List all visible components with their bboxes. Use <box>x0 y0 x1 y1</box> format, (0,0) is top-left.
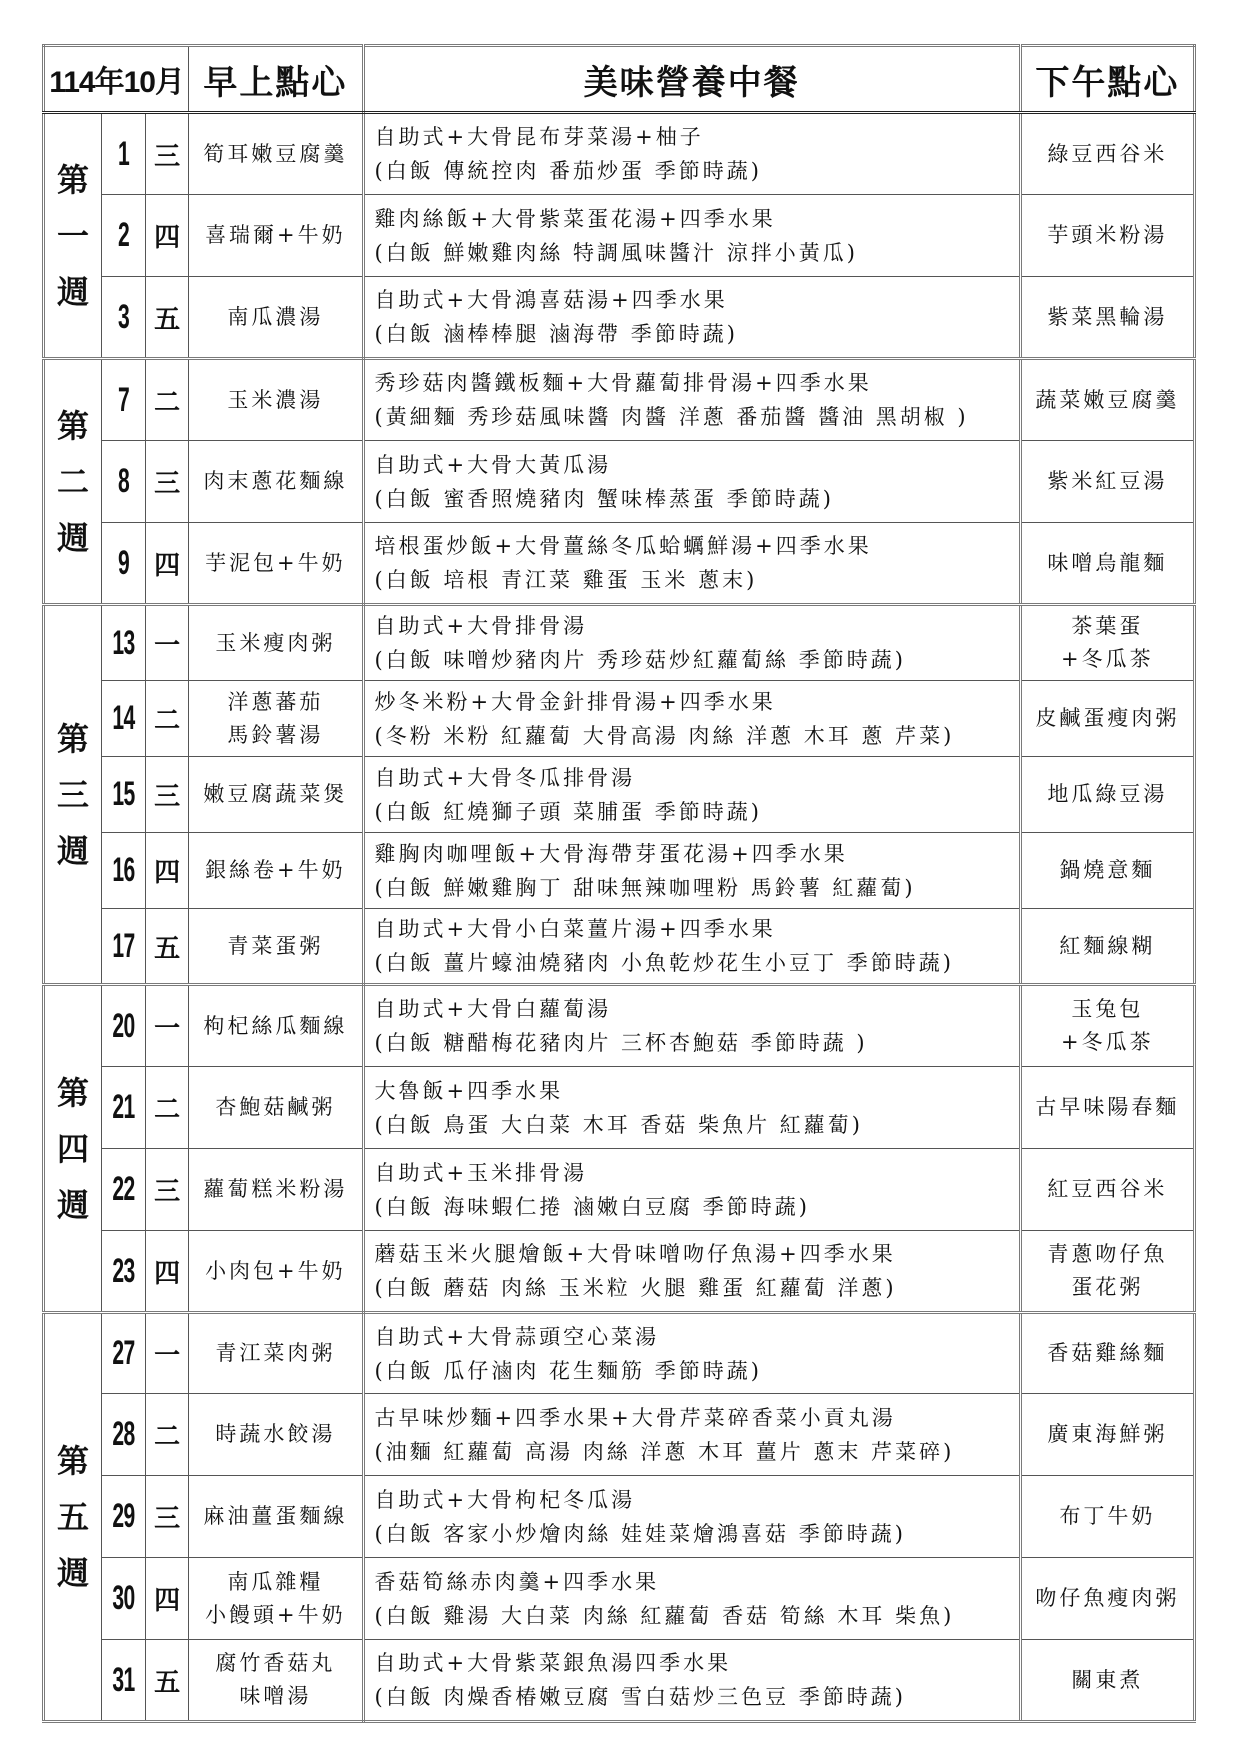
date-number: 30 <box>110 1579 137 1618</box>
morning-snack-cell-line: 杏鮑菇鹹粥 <box>189 1091 361 1124</box>
menu-row: 第一週1三筍耳嫩豆腐羹自助式+大骨昆布芽菜湯+柚子(白飯 傳統控肉 番茄炒蛋 季… <box>44 113 1195 195</box>
lunch-cell: 秀珍菇肉醬鐵板麵+大骨蘿蔔排骨湯+四季水果(黃細麵 秀珍菇風味醬 肉醬 洋蔥 番… <box>363 359 1020 441</box>
morning-snack-cell-line: 青江菜肉粥 <box>189 1337 361 1370</box>
afternoon-snack-cell: 皮鹹蛋瘦肉粥 <box>1020 681 1194 757</box>
morning-snack-cell: 玉米濃湯 <box>189 359 363 441</box>
lunch-cell-line: (冬粉 米粉 紅蘿蔔 大骨高湯 肉絲 洋蔥 木耳 蔥 芹菜) <box>375 719 1019 753</box>
date-cell: 7 <box>102 359 146 441</box>
week-label-char: 週 <box>45 264 101 320</box>
afternoon-snack-cell-line: 綠豆西谷米 <box>1022 138 1193 171</box>
menu-row: 17五青菜蛋粥自助式+大骨小白菜薑片湯+四季水果(白飯 薑片蠔油燒豬肉 小魚乾炒… <box>44 909 1195 985</box>
weekday-cell: 四 <box>146 523 189 605</box>
morning-snack-cell-line: 麻油薑蛋麵線 <box>189 1500 361 1533</box>
afternoon-snack-cell-line: 紅麵線糊 <box>1022 930 1193 963</box>
date-number: 31 <box>110 1661 137 1700</box>
morning-snack-cell: 南瓜濃湯 <box>189 277 363 359</box>
week-label-char: 週 <box>45 823 101 879</box>
morning-snack-cell-line: 小肉包+牛奶 <box>189 1255 361 1288</box>
morning-snack-cell-line: 芋泥包+牛奶 <box>189 547 361 580</box>
menu-row: 第三週13一玉米瘦肉粥自助式+大骨排骨湯(白飯 味噌炒豬肉片 秀珍菇炒紅蘿蔔絲 … <box>44 605 1195 681</box>
lunch-cell-line: (白飯 傳統控肉 番茄炒蛋 季節時蔬) <box>375 154 1019 188</box>
afternoon-snack-header: 下午點心 <box>1020 46 1194 113</box>
lunch-header: 美味營養中餐 <box>363 46 1020 113</box>
menu-body: 第一週1三筍耳嫩豆腐羹自助式+大骨昆布芽菜湯+柚子(白飯 傳統控肉 番茄炒蛋 季… <box>44 113 1195 1722</box>
afternoon-snack-cell: 地瓜綠豆湯 <box>1020 757 1194 833</box>
lunch-cell-line: (白飯 蘑菇 肉絲 玉米粒 火腿 雞蛋 紅蘿蔔 洋蔥) <box>375 1271 1019 1305</box>
date-cell: 1 <box>102 113 146 195</box>
lunch-cell-line: (白飯 薑片蠔油燒豬肉 小魚乾炒花生小豆丁 季節時蔬) <box>375 946 1019 980</box>
afternoon-snack-cell: 味噌烏龍麵 <box>1020 523 1194 605</box>
afternoon-snack-cell-line: 蔬菜嫩豆腐羹 <box>1022 384 1193 417</box>
morning-snack-cell-line: 肉末蔥花麵線 <box>189 465 361 498</box>
lunch-cell: 自助式+大骨紫菜銀魚湯四季水果(白飯 肉燥香椿嫩豆腐 雪白菇炒三色豆 季節時蔬) <box>363 1640 1020 1722</box>
weekday-cell: 一 <box>146 985 189 1067</box>
weekday-cell: 三 <box>146 113 189 195</box>
date-cell: 28 <box>102 1394 146 1476</box>
afternoon-snack-cell: 紅麵線糊 <box>1020 909 1194 985</box>
lunch-cell-line: 自助式+大骨昆布芽菜湯+柚子 <box>375 120 1019 154</box>
afternoon-snack-cell: 蔬菜嫩豆腐羹 <box>1020 359 1194 441</box>
weekday-cell: 三 <box>146 441 189 523</box>
menu-row: 8三肉末蔥花麵線自助式+大骨大黃瓜湯(白飯 蜜香照燒豬肉 蟹味棒蒸蛋 季節時蔬)… <box>44 441 1195 523</box>
lunch-cell-line: (白飯 瓜仔滷肉 花生麵筋 季節時蔬) <box>375 1354 1019 1388</box>
menu-row: 22三蘿蔔糕米粉湯自助式+玉米排骨湯(白飯 海味蝦仁捲 滷嫩白豆腐 季節時蔬)紅… <box>44 1149 1195 1231</box>
weekday-cell: 二 <box>146 359 189 441</box>
date-cell: 23 <box>102 1231 146 1313</box>
morning-snack-cell-line: 時蔬水餃湯 <box>189 1418 361 1451</box>
morning-snack-cell-line: 洋蔥蕃茄 <box>189 686 361 719</box>
lunch-cell: 蘑菇玉米火腿燴飯+大骨味噌吻仔魚湯+四季水果(白飯 蘑菇 肉絲 玉米粒 火腿 雞… <box>363 1231 1020 1313</box>
morning-snack-header: 早上點心 <box>189 46 363 113</box>
lunch-cell-line: (白飯 客家小炒燴肉絲 娃娃菜燴鴻喜菇 季節時蔬) <box>375 1517 1019 1551</box>
date-number: 14 <box>110 699 137 738</box>
lunch-cell-line: (白飯 雞湯 大白菜 肉絲 紅蘿蔔 香菇 筍絲 木耳 柴魚) <box>375 1599 1019 1633</box>
morning-snack-cell-line: 小饅頭+牛奶 <box>189 1599 361 1632</box>
lunch-cell-line: 自助式+大骨蒜頭空心菜湯 <box>375 1320 1019 1354</box>
morning-snack-cell-line: 嫩豆腐蔬菜煲 <box>189 778 361 811</box>
morning-snack-cell-line: 玉米瘦肉粥 <box>189 627 361 660</box>
date-number: 17 <box>110 927 137 966</box>
weekday-cell: 五 <box>146 1640 189 1722</box>
lunch-cell-line: (黃細麵 秀珍菇風味醬 肉醬 洋蔥 番茄醬 醬油 黑胡椒 ) <box>375 400 1019 434</box>
afternoon-snack-cell: 紫菜黑輪湯 <box>1020 277 1194 359</box>
lunch-cell: 自助式+玉米排骨湯(白飯 海味蝦仁捲 滷嫩白豆腐 季節時蔬) <box>363 1149 1020 1231</box>
lunch-cell: 香菇筍絲赤肉羹+四季水果(白飯 雞湯 大白菜 肉絲 紅蘿蔔 香菇 筍絲 木耳 柴… <box>363 1558 1020 1640</box>
lunch-cell: 大魯飯+四季水果(白飯 鳥蛋 大白菜 木耳 香菇 柴魚片 紅蘿蔔) <box>363 1067 1020 1149</box>
week-label-char: 五 <box>45 1489 101 1545</box>
lunch-cell-line: (白飯 培根 青江菜 雞蛋 玉米 蔥末) <box>375 563 1019 597</box>
weekday-cell: 五 <box>146 277 189 359</box>
week-label-char: 週 <box>45 510 101 566</box>
date-number: 21 <box>110 1088 137 1127</box>
morning-snack-cell-line: 玉米濃湯 <box>189 384 361 417</box>
morning-snack-cell-line: 南瓜雜糧 <box>189 1566 361 1599</box>
week-label-char: 一 <box>45 208 101 264</box>
lunch-cell-line: (白飯 鳥蛋 大白菜 木耳 香菇 柴魚片 紅蘿蔔) <box>375 1108 1019 1142</box>
lunch-cell-line: (油麵 紅蘿蔔 高湯 肉絲 洋蔥 木耳 薑片 蔥末 芹菜碎) <box>375 1435 1019 1469</box>
menu-row: 9四芋泥包+牛奶培根蛋炒飯+大骨薑絲冬瓜蛤蠣鮮湯+四季水果(白飯 培根 青江菜 … <box>44 523 1195 605</box>
lunch-cell: 雞肉絲飯+大骨紫菜蛋花湯+四季水果(白飯 鮮嫩雞肉絲 特調風味醬汁 涼拌小黃瓜) <box>363 195 1020 277</box>
weekday-cell: 三 <box>146 1476 189 1558</box>
lunch-cell-line: 自助式+大骨大黃瓜湯 <box>375 448 1019 482</box>
afternoon-snack-cell-line: 布丁牛奶 <box>1022 1500 1193 1533</box>
lunch-cell: 雞胸肉咖哩飯+大骨海帶芽蛋花湯+四季水果(白飯 鮮嫩雞胸丁 甜味無辣咖哩粉 馬鈴… <box>363 833 1020 909</box>
morning-snack-cell-line: 筍耳嫩豆腐羹 <box>189 138 361 171</box>
morning-snack-cell: 麻油薑蛋麵線 <box>189 1476 363 1558</box>
date-cell: 9 <box>102 523 146 605</box>
menu-row: 第二週7二玉米濃湯秀珍菇肉醬鐵板麵+大骨蘿蔔排骨湯+四季水果(黃細麵 秀珍菇風味… <box>44 359 1195 441</box>
morning-snack-cell-line: 腐竹香菇丸 <box>189 1647 361 1680</box>
lunch-cell-line: (白飯 紅燒獅子頭 菜脯蛋 季節時蔬) <box>375 795 1019 829</box>
afternoon-snack-cell: 吻仔魚瘦肉粥 <box>1020 1558 1194 1640</box>
week-label: 第三週 <box>44 605 102 985</box>
weekday-cell: 二 <box>146 1394 189 1476</box>
menu-row: 14二洋蔥蕃茄馬鈴薯湯炒冬米粉+大骨金針排骨湯+四季水果(冬粉 米粉 紅蘿蔔 大… <box>44 681 1195 757</box>
afternoon-snack-cell-line: 紫米紅豆湯 <box>1022 465 1193 498</box>
lunch-cell: 自助式+大骨鴻喜菇湯+四季水果(白飯 滷棒棒腿 滷海帶 季節時蔬) <box>363 277 1020 359</box>
afternoon-snack-cell: 廣東海鮮粥 <box>1020 1394 1194 1476</box>
afternoon-snack-cell: 芋頭米粉湯 <box>1020 195 1194 277</box>
afternoon-snack-cell: 香菇雞絲麵 <box>1020 1313 1194 1394</box>
lunch-cell: 自助式+大骨昆布芽菜湯+柚子(白飯 傳統控肉 番茄炒蛋 季節時蔬) <box>363 113 1020 195</box>
date-cell: 22 <box>102 1149 146 1231</box>
afternoon-snack-cell-line: +冬瓜茶 <box>1022 643 1193 676</box>
morning-snack-cell: 筍耳嫩豆腐羹 <box>189 113 363 195</box>
date-cell: 3 <box>102 277 146 359</box>
morning-snack-cell: 肉末蔥花麵線 <box>189 441 363 523</box>
week-label-char: 週 <box>45 1177 101 1233</box>
afternoon-snack-cell-line: 關東煮 <box>1022 1664 1193 1697</box>
menu-row: 15三嫩豆腐蔬菜煲自助式+大骨冬瓜排骨湯(白飯 紅燒獅子頭 菜脯蛋 季節時蔬)地… <box>44 757 1195 833</box>
afternoon-snack-cell-line: +冬瓜茶 <box>1022 1026 1193 1059</box>
date-number: 16 <box>110 851 137 890</box>
date-number: 29 <box>110 1497 137 1536</box>
date-cell: 15 <box>102 757 146 833</box>
afternoon-snack-cell: 關東煮 <box>1020 1640 1194 1722</box>
lunch-cell-line: (白飯 肉燥香椿嫩豆腐 雪白菇炒三色豆 季節時蔬) <box>375 1680 1019 1714</box>
month-label: 114年10月 <box>44 46 189 113</box>
date-number: 15 <box>110 775 137 814</box>
week-label-char: 第 <box>45 152 101 208</box>
weekday-cell: 三 <box>146 757 189 833</box>
afternoon-snack-cell-line: 芋頭米粉湯 <box>1022 219 1193 252</box>
date-number: 28 <box>110 1415 137 1454</box>
week-label: 第四週 <box>44 985 102 1313</box>
weekday-cell: 二 <box>146 681 189 757</box>
afternoon-snack-cell-line: 吻仔魚瘦肉粥 <box>1022 1582 1193 1615</box>
lunch-cell: 自助式+大骨白蘿蔔湯(白飯 糖醋梅花豬肉片 三杯杏鮑菇 季節時蔬 ) <box>363 985 1020 1067</box>
afternoon-snack-cell: 紫米紅豆湯 <box>1020 441 1194 523</box>
date-cell: 31 <box>102 1640 146 1722</box>
date-cell: 2 <box>102 195 146 277</box>
morning-snack-cell-line: 青菜蛋粥 <box>189 930 361 963</box>
weekday-cell: 四 <box>146 195 189 277</box>
afternoon-snack-cell-line: 香菇雞絲麵 <box>1022 1337 1193 1370</box>
date-number: 23 <box>110 1252 137 1291</box>
lunch-cell-line: (白飯 蜜香照燒豬肉 蟹味棒蒸蛋 季節時蔬) <box>375 482 1019 516</box>
lunch-cell-line: (白飯 味噌炒豬肉片 秀珍菇炒紅蘿蔔絲 季節時蔬) <box>375 643 1019 677</box>
lunch-cell: 炒冬米粉+大骨金針排骨湯+四季水果(冬粉 米粉 紅蘿蔔 大骨高湯 肉絲 洋蔥 木… <box>363 681 1020 757</box>
lunch-cell-line: 自助式+大骨排骨湯 <box>375 609 1019 643</box>
date-number: 22 <box>110 1170 137 1209</box>
week-label-char: 第 <box>45 1433 101 1489</box>
lunch-cell-line: (白飯 鮮嫩雞胸丁 甜味無辣咖哩粉 馬鈴薯 紅蘿蔔) <box>375 871 1019 905</box>
menu-row: 2四喜瑞爾+牛奶雞肉絲飯+大骨紫菜蛋花湯+四季水果(白飯 鮮嫩雞肉絲 特調風味醬… <box>44 195 1195 277</box>
weekday-cell: 二 <box>146 1067 189 1149</box>
afternoon-snack-cell-line: 味噌烏龍麵 <box>1022 547 1193 580</box>
menu-row: 第四週20一枸杞絲瓜麵線自助式+大骨白蘿蔔湯(白飯 糖醋梅花豬肉片 三杯杏鮑菇 … <box>44 985 1195 1067</box>
week-label: 第五週 <box>44 1313 102 1722</box>
lunch-cell-line: 自助式+玉米排骨湯 <box>375 1156 1019 1190</box>
monthly-menu-table: 114年10月 早上點心 美味營養中餐 下午點心 第一週1三筍耳嫩豆腐羹自助式+… <box>42 44 1196 1723</box>
weekday-cell: 四 <box>146 1231 189 1313</box>
morning-snack-cell: 銀絲卷+牛奶 <box>189 833 363 909</box>
date-number: 20 <box>110 1007 137 1046</box>
morning-snack-cell: 玉米瘦肉粥 <box>189 605 363 681</box>
date-number: 7 <box>110 381 137 420</box>
date-cell: 17 <box>102 909 146 985</box>
week-label-char: 週 <box>45 1545 101 1601</box>
date-cell: 14 <box>102 681 146 757</box>
date-number: 8 <box>110 462 137 501</box>
lunch-cell-line: (白飯 糖醋梅花豬肉片 三杯杏鮑菇 季節時蔬 ) <box>375 1026 1019 1060</box>
morning-snack-cell-line: 銀絲卷+牛奶 <box>189 854 361 887</box>
menu-row: 16四銀絲卷+牛奶雞胸肉咖哩飯+大骨海帶芽蛋花湯+四季水果(白飯 鮮嫩雞胸丁 甜… <box>44 833 1195 909</box>
weekday-cell: 一 <box>146 1313 189 1394</box>
date-number: 1 <box>110 135 137 174</box>
afternoon-snack-cell: 布丁牛奶 <box>1020 1476 1194 1558</box>
afternoon-snack-cell: 茶葉蛋+冬瓜茶 <box>1020 605 1194 681</box>
lunch-cell: 古早味炒麵+四季水果+大骨芹菜碎香菜小貢丸湯(油麵 紅蘿蔔 高湯 肉絲 洋蔥 木… <box>363 1394 1020 1476</box>
date-cell: 8 <box>102 441 146 523</box>
date-cell: 21 <box>102 1067 146 1149</box>
afternoon-snack-cell-line: 地瓜綠豆湯 <box>1022 778 1193 811</box>
menu-row: 第五週27一青江菜肉粥自助式+大骨蒜頭空心菜湯(白飯 瓜仔滷肉 花生麵筋 季節時… <box>44 1313 1195 1394</box>
morning-snack-cell: 芋泥包+牛奶 <box>189 523 363 605</box>
week-label-char: 三 <box>45 767 101 823</box>
afternoon-snack-cell-line: 青蔥吻仔魚 <box>1022 1238 1193 1271</box>
morning-snack-cell: 腐竹香菇丸味噌湯 <box>189 1640 363 1722</box>
morning-snack-cell: 洋蔥蕃茄馬鈴薯湯 <box>189 681 363 757</box>
menu-row: 23四小肉包+牛奶蘑菇玉米火腿燴飯+大骨味噌吻仔魚湯+四季水果(白飯 蘑菇 肉絲… <box>44 1231 1195 1313</box>
morning-snack-cell: 杏鮑菇鹹粥 <box>189 1067 363 1149</box>
lunch-cell-line: (白飯 鮮嫩雞肉絲 特調風味醬汁 涼拌小黃瓜) <box>375 236 1019 270</box>
lunch-cell: 自助式+大骨小白菜薑片湯+四季水果(白飯 薑片蠔油燒豬肉 小魚乾炒花生小豆丁 季… <box>363 909 1020 985</box>
morning-snack-cell-line: 味噌湯 <box>189 1680 361 1713</box>
afternoon-snack-cell-line: 鍋燒意麵 <box>1022 854 1193 887</box>
lunch-cell-line: 雞肉絲飯+大骨紫菜蛋花湯+四季水果 <box>375 202 1019 236</box>
lunch-cell-line: 自助式+大骨鴻喜菇湯+四季水果 <box>375 283 1019 317</box>
afternoon-snack-cell-line: 玉兔包 <box>1022 993 1193 1026</box>
date-cell: 29 <box>102 1476 146 1558</box>
morning-snack-cell: 時蔬水餃湯 <box>189 1394 363 1476</box>
lunch-cell-line: 蘑菇玉米火腿燴飯+大骨味噌吻仔魚湯+四季水果 <box>375 1237 1019 1271</box>
lunch-cell-line: 自助式+大骨小白菜薑片湯+四季水果 <box>375 912 1019 946</box>
lunch-cell-line: 古早味炒麵+四季水果+大骨芹菜碎香菜小貢丸湯 <box>375 1401 1019 1435</box>
week-label: 第一週 <box>44 113 102 359</box>
week-label-char: 第 <box>45 398 101 454</box>
week-label-char: 二 <box>45 454 101 510</box>
week-label: 第二週 <box>44 359 102 605</box>
menu-row: 3五南瓜濃湯自助式+大骨鴻喜菇湯+四季水果(白飯 滷棒棒腿 滷海帶 季節時蔬)紫… <box>44 277 1195 359</box>
morning-snack-cell: 青江菜肉粥 <box>189 1313 363 1394</box>
lunch-cell-line: (白飯 海味蝦仁捲 滷嫩白豆腐 季節時蔬) <box>375 1190 1019 1224</box>
morning-snack-cell: 小肉包+牛奶 <box>189 1231 363 1313</box>
morning-snack-cell-line: 喜瑞爾+牛奶 <box>189 219 361 252</box>
morning-snack-cell: 嫩豆腐蔬菜煲 <box>189 757 363 833</box>
afternoon-snack-cell: 鍋燒意麵 <box>1020 833 1194 909</box>
date-cell: 16 <box>102 833 146 909</box>
afternoon-snack-cell: 古早味陽春麵 <box>1020 1067 1194 1149</box>
lunch-cell: 自助式+大骨排骨湯(白飯 味噌炒豬肉片 秀珍菇炒紅蘿蔔絲 季節時蔬) <box>363 605 1020 681</box>
lunch-cell: 自助式+大骨冬瓜排骨湯(白飯 紅燒獅子頭 菜脯蛋 季節時蔬) <box>363 757 1020 833</box>
weekday-cell: 五 <box>146 909 189 985</box>
lunch-cell-line: 自助式+大骨枸杞冬瓜湯 <box>375 1483 1019 1517</box>
lunch-cell-line: 大魯飯+四季水果 <box>375 1074 1019 1108</box>
afternoon-snack-cell-line: 紫菜黑輪湯 <box>1022 301 1193 334</box>
morning-snack-cell-line: 馬鈴薯湯 <box>189 719 361 752</box>
lunch-cell-line: 炒冬米粉+大骨金針排骨湯+四季水果 <box>375 685 1019 719</box>
lunch-cell-line: 自助式+大骨紫菜銀魚湯四季水果 <box>375 1646 1019 1680</box>
morning-snack-cell-line: 蘿蔔糕米粉湯 <box>189 1173 361 1206</box>
morning-snack-cell: 青菜蛋粥 <box>189 909 363 985</box>
morning-snack-cell: 枸杞絲瓜麵線 <box>189 985 363 1067</box>
date-cell: 20 <box>102 985 146 1067</box>
date-number: 13 <box>110 624 137 663</box>
afternoon-snack-cell-line: 紅豆西谷米 <box>1022 1173 1193 1206</box>
morning-snack-cell: 喜瑞爾+牛奶 <box>189 195 363 277</box>
date-cell: 30 <box>102 1558 146 1640</box>
morning-snack-cell-line: 南瓜濃湯 <box>189 301 361 334</box>
lunch-cell: 自助式+大骨枸杞冬瓜湯(白飯 客家小炒燴肉絲 娃娃菜燴鴻喜菇 季節時蔬) <box>363 1476 1020 1558</box>
afternoon-snack-cell-line: 茶葉蛋 <box>1022 610 1193 643</box>
lunch-cell-line: 自助式+大骨白蘿蔔湯 <box>375 992 1019 1026</box>
date-number: 3 <box>110 298 137 337</box>
lunch-cell-line: 培根蛋炒飯+大骨薑絲冬瓜蛤蠣鮮湯+四季水果 <box>375 529 1019 563</box>
menu-row: 30四南瓜雜糧小饅頭+牛奶香菇筍絲赤肉羹+四季水果(白飯 雞湯 大白菜 肉絲 紅… <box>44 1558 1195 1640</box>
lunch-cell: 培根蛋炒飯+大骨薑絲冬瓜蛤蠣鮮湯+四季水果(白飯 培根 青江菜 雞蛋 玉米 蔥末… <box>363 523 1020 605</box>
lunch-cell-line: 自助式+大骨冬瓜排骨湯 <box>375 761 1019 795</box>
afternoon-snack-cell-line: 皮鹹蛋瘦肉粥 <box>1022 702 1193 735</box>
menu-row: 29三麻油薑蛋麵線自助式+大骨枸杞冬瓜湯(白飯 客家小炒燴肉絲 娃娃菜燴鴻喜菇 … <box>44 1476 1195 1558</box>
lunch-cell-line: (白飯 滷棒棒腿 滷海帶 季節時蔬) <box>375 317 1019 351</box>
weekday-cell: 三 <box>146 1149 189 1231</box>
week-label-char: 第 <box>45 711 101 767</box>
week-label-char: 第 <box>45 1065 101 1121</box>
menu-row: 28二時蔬水餃湯古早味炒麵+四季水果+大骨芹菜碎香菜小貢丸湯(油麵 紅蘿蔔 高湯… <box>44 1394 1195 1476</box>
lunch-cell-line: 香菇筍絲赤肉羹+四季水果 <box>375 1565 1019 1599</box>
date-number: 2 <box>110 216 137 255</box>
date-cell: 27 <box>102 1313 146 1394</box>
afternoon-snack-cell: 玉兔包+冬瓜茶 <box>1020 985 1194 1067</box>
afternoon-snack-cell: 紅豆西谷米 <box>1020 1149 1194 1231</box>
lunch-cell: 自助式+大骨蒜頭空心菜湯(白飯 瓜仔滷肉 花生麵筋 季節時蔬) <box>363 1313 1020 1394</box>
morning-snack-cell: 南瓜雜糧小饅頭+牛奶 <box>189 1558 363 1640</box>
afternoon-snack-cell: 青蔥吻仔魚蛋花粥 <box>1020 1231 1194 1313</box>
lunch-cell-line: 秀珍菇肉醬鐵板麵+大骨蘿蔔排骨湯+四季水果 <box>375 366 1019 400</box>
date-number: 9 <box>110 544 137 583</box>
weekday-cell: 四 <box>146 1558 189 1640</box>
date-cell: 13 <box>102 605 146 681</box>
weekday-cell: 四 <box>146 833 189 909</box>
morning-snack-cell: 蘿蔔糕米粉湯 <box>189 1149 363 1231</box>
lunch-cell-line: 雞胸肉咖哩飯+大骨海帶芽蛋花湯+四季水果 <box>375 837 1019 871</box>
afternoon-snack-cell-line: 古早味陽春麵 <box>1022 1091 1193 1124</box>
weekday-cell: 一 <box>146 605 189 681</box>
lunch-cell: 自助式+大骨大黃瓜湯(白飯 蜜香照燒豬肉 蟹味棒蒸蛋 季節時蔬) <box>363 441 1020 523</box>
morning-snack-cell-line: 枸杞絲瓜麵線 <box>189 1010 361 1043</box>
week-label-char: 四 <box>45 1121 101 1177</box>
afternoon-snack-cell-line: 廣東海鮮粥 <box>1022 1418 1193 1451</box>
date-number: 27 <box>110 1334 137 1373</box>
afternoon-snack-cell-line: 蛋花粥 <box>1022 1271 1193 1304</box>
afternoon-snack-cell: 綠豆西谷米 <box>1020 113 1194 195</box>
menu-row: 31五腐竹香菇丸味噌湯自助式+大骨紫菜銀魚湯四季水果(白飯 肉燥香椿嫩豆腐 雪白… <box>44 1640 1195 1722</box>
header-row: 114年10月 早上點心 美味營養中餐 下午點心 <box>44 46 1195 113</box>
menu-row: 21二杏鮑菇鹹粥大魯飯+四季水果(白飯 鳥蛋 大白菜 木耳 香菇 柴魚片 紅蘿蔔… <box>44 1067 1195 1149</box>
